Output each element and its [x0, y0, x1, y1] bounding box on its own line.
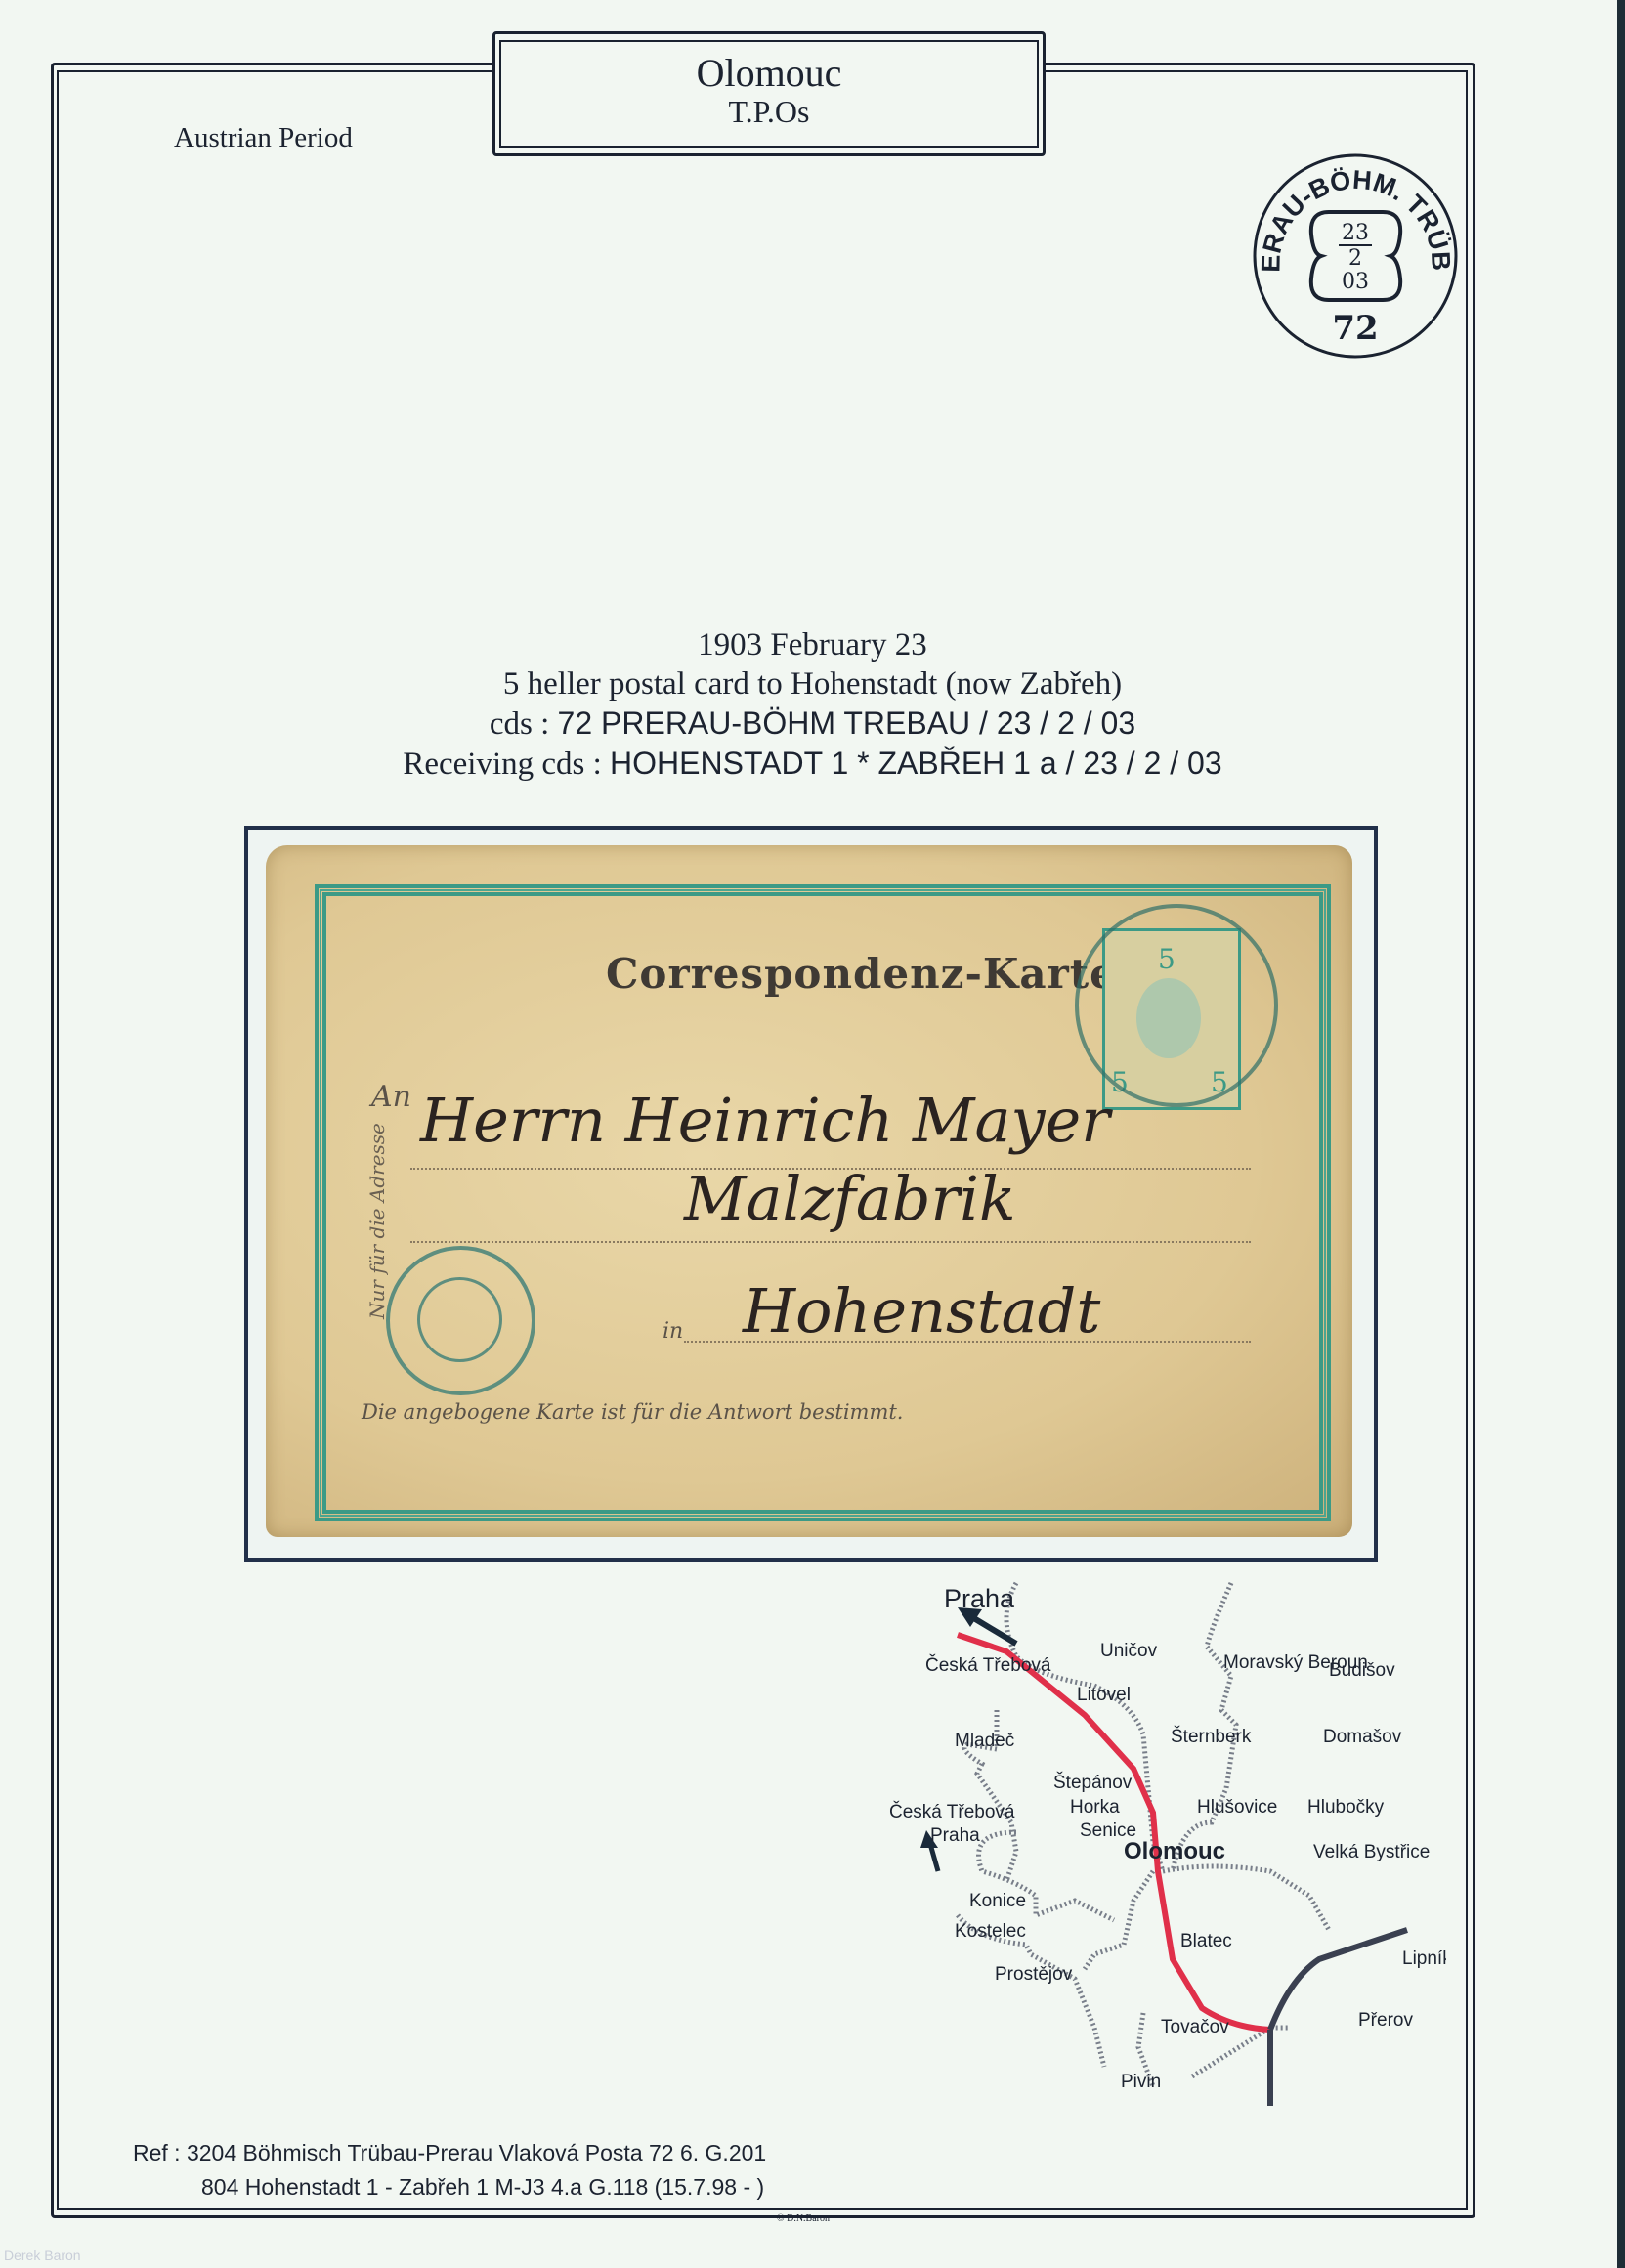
description-item: 5 heller postal card to Hohenstadt (now …	[0, 664, 1625, 704]
page-title: Olomouc	[501, 52, 1037, 95]
card-an-label: An	[371, 1080, 411, 1114]
map-label: Velká Bystřice	[1313, 1842, 1430, 1862]
map-label: Domašov	[1323, 1727, 1402, 1747]
card-in-label: in	[663, 1319, 683, 1344]
map-label: Štepánov	[1053, 1772, 1133, 1793]
map-label: Olomouc	[1124, 1838, 1225, 1864]
handwritten-addressee: Herrn Heinrich Mayer	[420, 1085, 1110, 1156]
map-label: Praha	[930, 1825, 980, 1846]
map-label: Praha	[944, 1584, 1015, 1613]
handwritten-line2: Malzfabrik	[684, 1163, 1016, 1234]
map-label: Pivin	[1121, 2072, 1161, 2092]
handwritten-city: Hohenstadt	[743, 1275, 1100, 1347]
card-vertical-text: Nur für die Adresse	[365, 1123, 389, 1319]
period-label: Austrian Period	[174, 122, 353, 154]
reference-line-1: Ref : 3204 Böhmisch Trübau-Prerau Vlakov…	[133, 2140, 766, 2166]
map-label: Česká Třebová	[925, 1654, 1051, 1676]
map-label: Uničov	[1100, 1641, 1158, 1661]
map-label: Česká Třebová	[889, 1801, 1015, 1822]
svg-text:23: 23	[1342, 221, 1369, 245]
arrow-praha-south-icon	[930, 1844, 938, 1871]
departure-postmark-on-card	[1075, 904, 1278, 1107]
map-label: Hlubočky	[1307, 1797, 1385, 1818]
address-line	[684, 1341, 1251, 1343]
map-label: Mladeč	[955, 1731, 1014, 1751]
map-label: Lipník	[1402, 1948, 1446, 1969]
map-label: Tovačov	[1161, 2017, 1229, 2037]
map-label: Prostějov	[995, 1964, 1073, 1985]
map-label: Horka	[1070, 1797, 1120, 1818]
description-receiving-cds: Receiving cds : HOHENSTADT 1 * ZABŘEH 1 …	[0, 744, 1625, 784]
route-map: PrahaČeská TřebováUničovMoravský BerounB…	[860, 1578, 1446, 2106]
scan-edge	[1617, 0, 1625, 2268]
description-cds: cds : 72 PRERAU-BÖHM TREBAU / 23 / 2 / 0…	[0, 704, 1625, 744]
map-label: Hlušovice	[1197, 1797, 1277, 1818]
svg-text:03: 03	[1342, 270, 1369, 294]
address-line	[410, 1241, 1251, 1243]
watermark: Derek Baron	[4, 2247, 81, 2263]
card-footer-text: Die angebogene Karte ist für die Antwort…	[362, 1400, 903, 1424]
copyright: © D.N.Baron	[777, 2213, 830, 2224]
item-description: 1903 February 23 5 heller postal card to…	[0, 625, 1625, 784]
map-label: Blatec	[1180, 1931, 1232, 1951]
card-title: Correspondenz-Karte.	[606, 950, 1132, 998]
cds-postmark-illustration: PRERAU-BÖHM. TRÜBAU 23 2 03 72	[1251, 151, 1461, 362]
title-box: Olomouc T.P.Os	[492, 31, 1046, 156]
receiving-postmark-on-card	[386, 1246, 535, 1395]
map-label: Kostelec	[955, 1921, 1026, 1942]
page-subtitle: T.P.Os	[501, 95, 1037, 128]
map-label: Budišov	[1329, 1660, 1395, 1681]
reference-line-2: 804 Hohenstadt 1 - Zabřeh 1 M-J3 4.a G.1…	[201, 2174, 764, 2201]
svg-text:72: 72	[1332, 309, 1378, 348]
map-label: Šternberk	[1171, 1726, 1252, 1747]
description-date: 1903 February 23	[0, 625, 1625, 664]
map-label: Přerov	[1358, 2010, 1413, 2031]
map-label: Konice	[969, 1891, 1026, 1911]
map-label: Litovel	[1077, 1685, 1131, 1705]
svg-text:2: 2	[1348, 246, 1362, 271]
